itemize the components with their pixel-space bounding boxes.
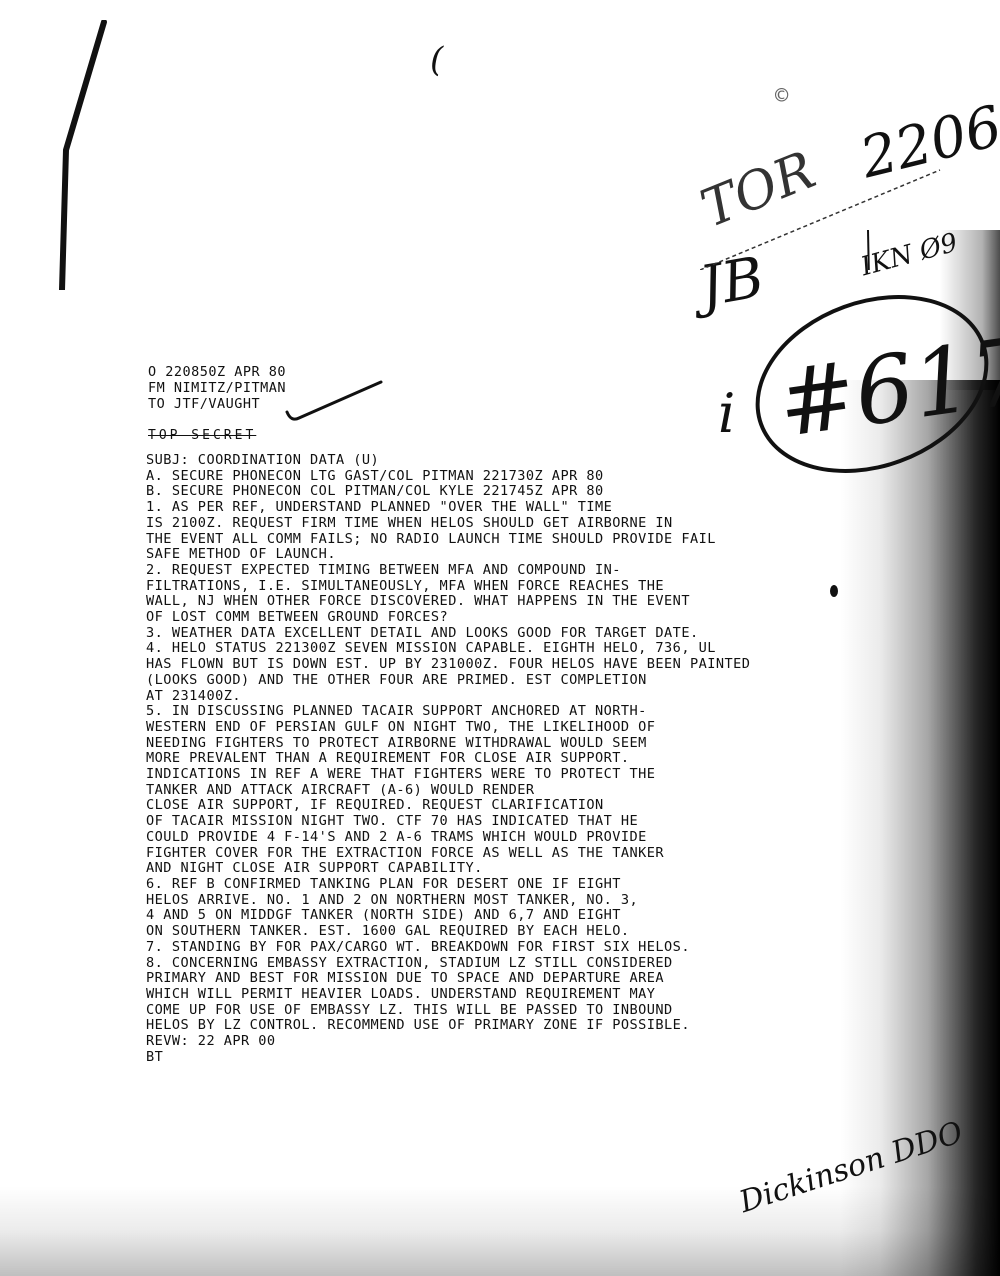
handwritten-paren: (	[430, 40, 443, 80]
scan-bottom-shading	[0, 1186, 1000, 1276]
message-line: HELOS ARRIVE. NO. 1 AND 2 ON NORTHERN MO…	[146, 893, 906, 909]
message-line: (LOOKS GOOD) AND THE OTHER FOUR ARE PRIM…	[146, 673, 906, 689]
message-line: TANKER AND ATTACK AIRCRAFT (A-6) WOULD R…	[146, 783, 906, 799]
message-line: IS 2100Z. REQUEST FIRM TIME WHEN HELOS S…	[146, 516, 906, 532]
from-line: FM NIMITZ/PITMAN	[148, 380, 286, 396]
message-line: OF LOST COMM BETWEEN GROUND FORCES?	[146, 610, 906, 626]
message-line: CLOSE AIR SUPPORT, IF REQUIRED. REQUEST …	[146, 798, 906, 814]
message-line: COULD PROVIDE 4 F-14'S AND 2 A-6 TRAMS W…	[146, 830, 906, 846]
classification-marking-struck: TOP SECRET	[148, 428, 256, 443]
scanned-document: ( © TOR 2206 JB IKN Ø9 i #617 O 220850Z …	[0, 0, 1000, 1276]
message-line: ON SOUTHERN TANKER. EST. 1600 GAL REQUIR…	[146, 924, 906, 940]
message-line: MORE PREVALENT THAN A REQUIREMENT FOR CL…	[146, 751, 906, 767]
margin-pen-stroke	[44, 20, 114, 290]
message-line: B. SECURE PHONECON COL PITMAN/COL KYLE 2…	[146, 484, 906, 500]
to-line: TO JTF/VAUGHT	[148, 396, 286, 412]
message-line: 8. CONCERNING EMBASSY EXTRACTION, STADIU…	[146, 956, 906, 972]
message-line: 4 AND 5 ON MIDDGF TANKER (NORTH SIDE) AN…	[146, 908, 906, 924]
message-line: NEEDING FIGHTERS TO PROTECT AIRBORNE WIT…	[146, 736, 906, 752]
message-line: HELOS BY LZ CONTROL. RECOMMEND USE OF PR…	[146, 1018, 906, 1034]
message-line: AND NIGHT CLOSE AIR SUPPORT CAPABILITY.	[146, 861, 906, 877]
handwritten-divider-lines	[700, 150, 960, 270]
message-body: SUBJ: COORDINATION DATA (U)A. SECURE PHO…	[146, 453, 906, 1065]
message-line: WESTERN END OF PERSIAN GULF ON NIGHT TWO…	[146, 720, 906, 736]
message-line: COME UP FOR USE OF EMBASSY LZ. THIS WILL…	[146, 1003, 906, 1019]
stamp-mark: ©	[775, 84, 788, 109]
message-line: OF TACAIR MISSION NIGHT TWO. CTF 70 HAS …	[146, 814, 906, 830]
ink-blot	[830, 585, 838, 597]
message-line: 1. AS PER REF, UNDERSTAND PLANNED "OVER …	[146, 500, 906, 516]
message-line: 4. HELO STATUS 221300Z SEVEN MISSION CAP…	[146, 641, 906, 657]
message-line: 3. WEATHER DATA EXCELLENT DETAIL AND LOO…	[146, 626, 906, 642]
message-header: O 220850Z APR 80 FM NIMITZ/PITMAN TO JTF…	[148, 364, 286, 412]
precedence-dtg: O 220850Z APR 80	[148, 364, 286, 380]
message-line: REVW: 22 APR 00	[146, 1034, 906, 1050]
message-line: 5. IN DISCUSSING PLANNED TACAIR SUPPORT …	[146, 704, 906, 720]
message-line: 7. STANDING BY FOR PAX/CARGO WT. BREAKDO…	[146, 940, 906, 956]
message-line: FIGHTER COVER FOR THE EXTRACTION FORCE A…	[146, 846, 906, 862]
message-line: THE EVENT ALL COMM FAILS; NO RADIO LAUNC…	[146, 532, 906, 548]
message-line: BT	[146, 1050, 906, 1066]
message-line: FILTRATIONS, I.E. SIMULTANEOUSLY, MFA WH…	[146, 579, 906, 595]
message-line: HAS FLOWN BUT IS DOWN EST. UP BY 231000Z…	[146, 657, 906, 673]
message-line: SAFE METHOD OF LAUNCH.	[146, 547, 906, 563]
message-line: INDICATIONS IN REF A WERE THAT FIGHTERS …	[146, 767, 906, 783]
message-line: WHICH WILL PERMIT HEAVIER LOADS. UNDERST…	[146, 987, 906, 1003]
message-line: PRIMARY AND BEST FOR MISSION DUE TO SPAC…	[146, 971, 906, 987]
checkmark-icon	[285, 378, 385, 422]
message-line: 6. REF B CONFIRMED TANKING PLAN FOR DESE…	[146, 877, 906, 893]
handwritten-prefix-mark: i	[718, 382, 735, 445]
message-line: A. SECURE PHONECON LTG GAST/COL PITMAN 2…	[146, 469, 906, 485]
message-line: WALL, NJ WHEN OTHER FORCE DISCOVERED. WH…	[146, 594, 906, 610]
message-line: 2. REQUEST EXPECTED TIMING BETWEEN MFA A…	[146, 563, 906, 579]
message-line: AT 231400Z.	[146, 689, 906, 705]
message-line: SUBJ: COORDINATION DATA (U)	[146, 453, 906, 469]
